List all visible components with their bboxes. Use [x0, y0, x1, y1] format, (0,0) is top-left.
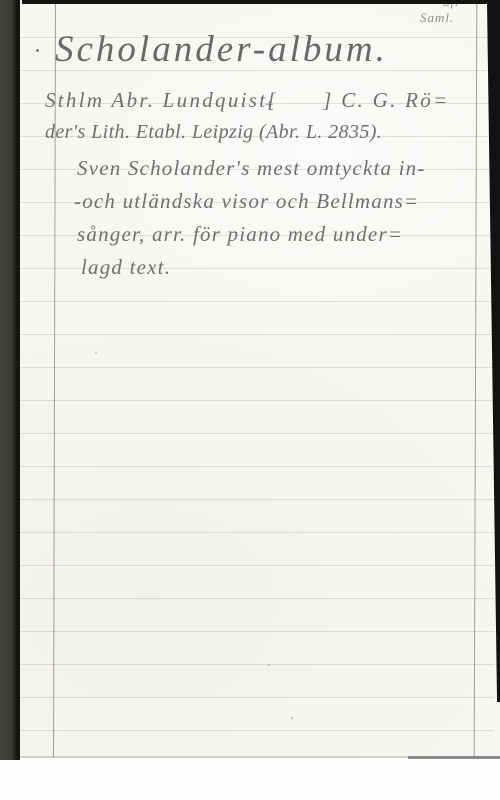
scan-edge-left [0, 0, 20, 760]
margin-ink-dot [36, 49, 39, 52]
horizontal-ruling-lines [20, 5, 494, 755]
imprint-line-2: der's Lith. Etabl. Leipzig (Abr. L. 2835… [45, 121, 382, 144]
description-line-2: -och utländska visor och Bellmans= [74, 189, 419, 214]
description-line-4: lagd text. [81, 255, 171, 280]
imprint-line-1: Sthlm Abr. Lundquist[ ] C. G. Rö= [45, 88, 450, 113]
card-bottom-edge-line [408, 756, 500, 759]
scan-edge-top [22, 0, 500, 4]
paper-speck [95, 352, 97, 354]
description-line-3: sånger, arr. för piano med under= [77, 222, 403, 247]
scanned-catalog-card-page: Sf. Saml. Scholander-album. Sthlm Abr. L… [0, 0, 500, 800]
description-line-1: Sven Scholander's mest omtyckta in- [77, 156, 426, 181]
paper-speck [291, 717, 293, 719]
paper-speck [268, 664, 270, 666]
corner-annotation-line2: Saml. [420, 10, 454, 26]
card-bottom-edge-shadow [20, 756, 410, 758]
insertion-caret-mark: + [265, 97, 273, 114]
card-title: Scholander-album. [55, 28, 388, 71]
